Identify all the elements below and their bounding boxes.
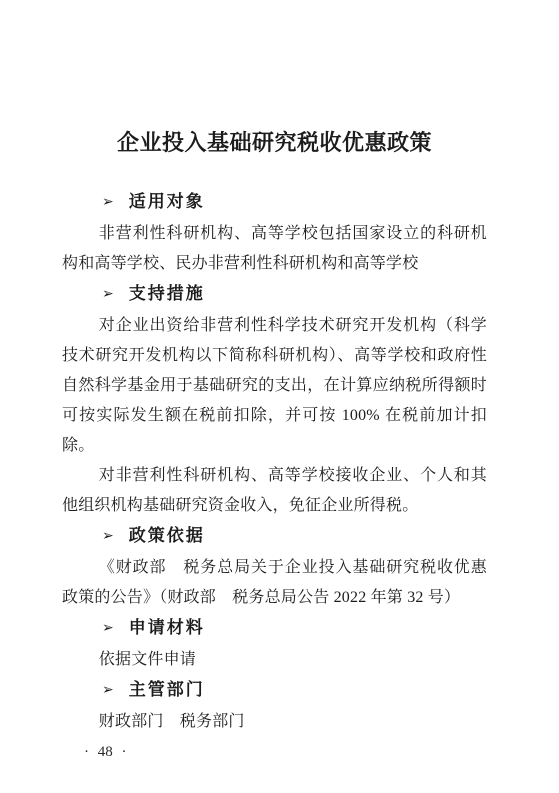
section-support-measures: ➢支持措施 对企业出资给非营利性科学技术研究开发机构（科学技术研究开发机构以下简… — [62, 279, 487, 521]
page-number: · 48 · — [62, 737, 487, 767]
paragraph: 依据文件申请 — [62, 645, 487, 675]
paragraph: 财政部门 税务部门 — [62, 707, 487, 737]
paragraph: 非营利性科研机构、高等学校包括国家设立的科研机构和高等学校、民办非营利性科研机构… — [62, 219, 487, 279]
section-heading-label: 申请材料 — [129, 618, 205, 637]
paragraph: 对企业出资给非营利性科学技术研究开发机构（科学技术研究开发机构以下简称科研机构）… — [62, 311, 487, 461]
section-heading: ➢适用对象 — [62, 187, 487, 219]
paragraph: 《财政部 税务总局关于企业投入基础研究税收优惠政策的公告》（财政部 税务总局公告… — [62, 553, 487, 613]
section-heading-label: 主管部门 — [129, 680, 205, 699]
section-heading: ➢主管部门 — [62, 675, 487, 707]
arrow-bullet-icon: ➢ — [102, 614, 114, 644]
section-policy-basis: ➢政策依据 《财政部 税务总局关于企业投入基础研究税收优惠政策的公告》（财政部 … — [62, 521, 487, 613]
section-eligible-entities: ➢适用对象 非营利性科研机构、高等学校包括国家设立的科研机构和高等学校、民办非营… — [62, 187, 487, 279]
section-heading-label: 政策依据 — [129, 526, 205, 545]
section-heading-label: 适用对象 — [129, 192, 205, 211]
arrow-bullet-icon: ➢ — [102, 676, 114, 706]
arrow-bullet-icon: ➢ — [102, 522, 114, 552]
section-heading: ➢支持措施 — [62, 279, 487, 311]
document-title: 企业投入基础研究税收优惠政策 — [62, 128, 487, 158]
section-competent-departments: ➢主管部门 财政部门 税务部门 — [62, 675, 487, 737]
section-heading: ➢政策依据 — [62, 521, 487, 553]
page-content: 企业投入基础研究税收优惠政策 ➢适用对象 非营利性科研机构、高等学校包括国家设立… — [0, 0, 559, 767]
arrow-bullet-icon: ➢ — [102, 280, 114, 310]
section-heading: ➢申请材料 — [62, 613, 487, 645]
document-page: 企业投入基础研究税收优惠政策 ➢适用对象 非营利性科研机构、高等学校包括国家设立… — [0, 0, 559, 793]
section-application-materials: ➢申请材料 依据文件申请 — [62, 613, 487, 675]
section-heading-label: 支持措施 — [129, 284, 205, 303]
arrow-bullet-icon: ➢ — [102, 188, 114, 218]
paragraph: 对非营利性科研机构、高等学校接收企业、个人和其他组织机构基础研究资金收入，免征企… — [62, 461, 487, 521]
